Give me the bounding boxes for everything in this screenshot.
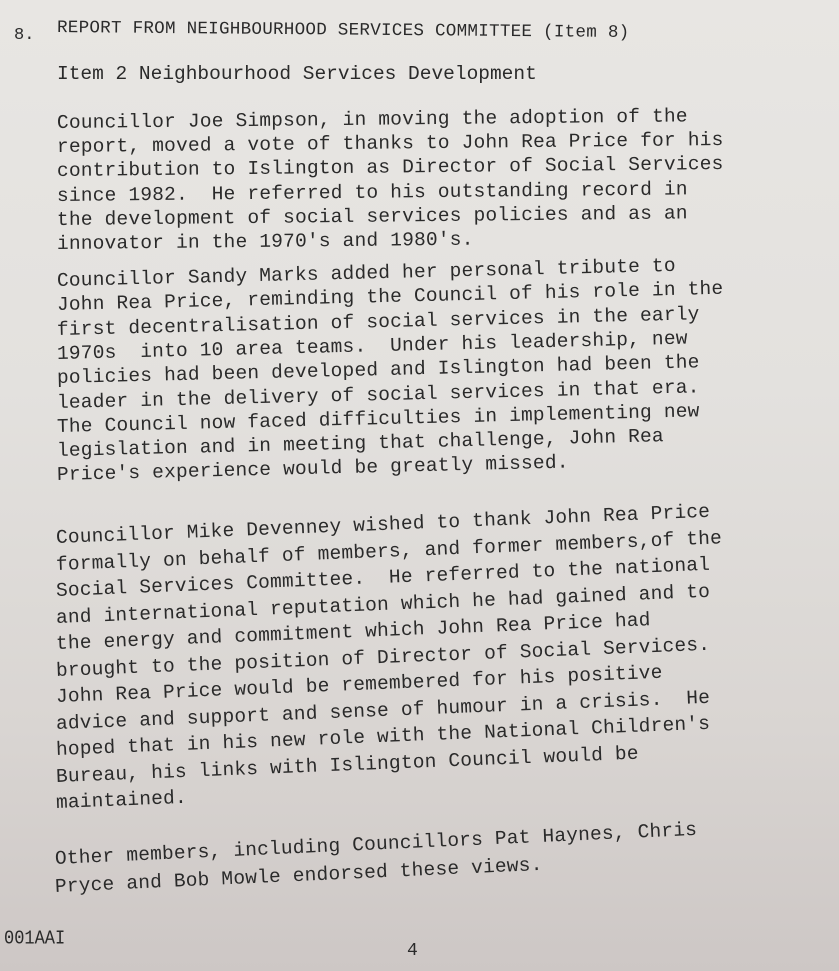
- item-number: 8.: [14, 26, 34, 45]
- page-number: 4: [407, 941, 418, 961]
- text-line: maintained.: [56, 787, 188, 814]
- text-line: the development of social services polic…: [57, 202, 688, 231]
- footer-reference-code: 001AAI: [4, 929, 65, 951]
- document-page: 8. REPORT FROM NEIGHBOURHOOD SERVICES CO…: [0, 0, 839, 971]
- text-line: since 1982. He referred to his outstandi…: [57, 178, 688, 207]
- report-heading: REPORT FROM NEIGHBOURHOOD SERVICES COMMI…: [57, 18, 630, 43]
- item-subheading: Item 2 Neighbourhood Services Developmen…: [57, 63, 537, 85]
- text-line: innovator in the 1970's and 1980's.: [57, 229, 474, 255]
- text-line: contribution to Islington as Director of…: [57, 153, 724, 182]
